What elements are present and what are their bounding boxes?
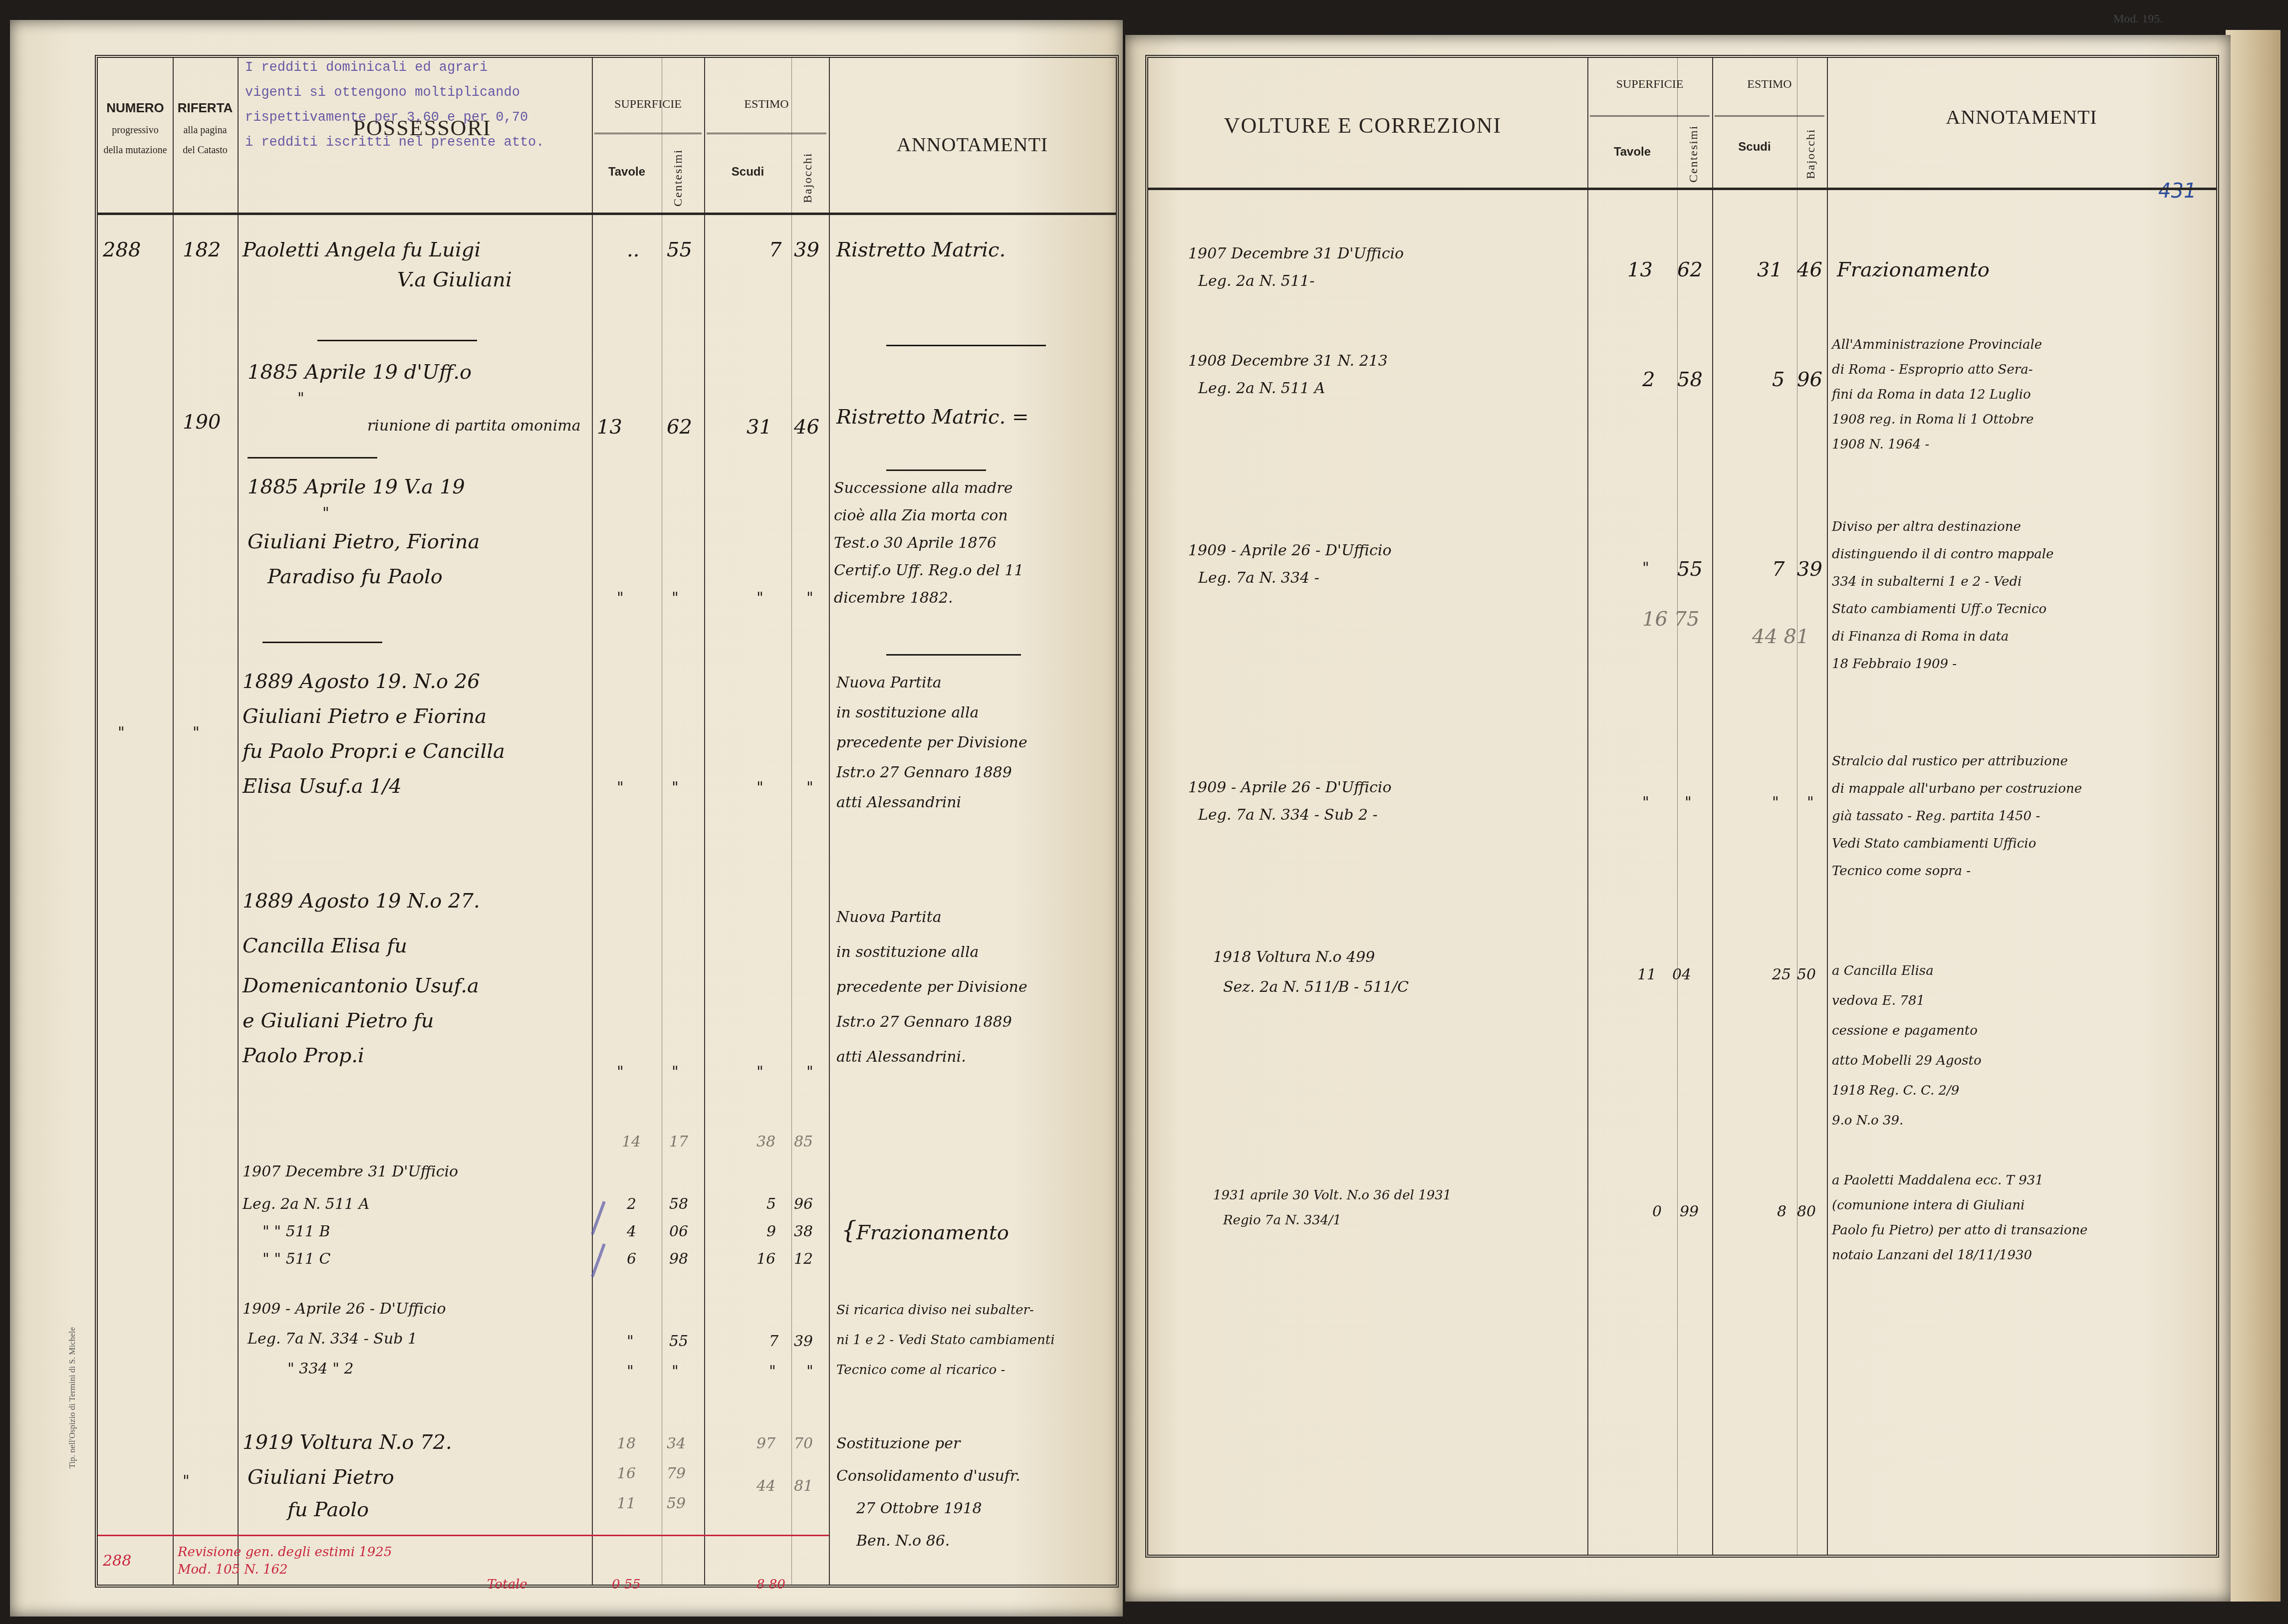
col-divider	[592, 58, 593, 1585]
header-riferta-sub: alla pagina del Catasto	[178, 120, 233, 160]
red-total-superficie: 0 55	[612, 1575, 641, 1595]
entry-annotamento: in sostituzione alla	[836, 701, 979, 724]
col-divider	[1712, 58, 1713, 1555]
voltura-line: 1908 Decembre 31 N. 213	[1188, 350, 1388, 373]
entry-annotamento: 9.o N.o 39.	[1832, 1111, 1903, 1131]
entry-possessore: Paoletti Angela fu Luigi	[243, 235, 481, 265]
entry-possessore: Domenicantonio Usuf.a	[243, 971, 479, 1001]
left-table-header: NUMERO progressivo della mutazione RIFER…	[98, 58, 1116, 215]
entry-tavole: 2	[1642, 365, 1655, 395]
entry-annotamento: Certif.o Uff. Reg.o del 11	[834, 559, 1023, 582]
entry-tavole: ..	[627, 235, 639, 265]
entry-centesimi: 62	[1677, 255, 1703, 285]
entry-riferta: "	[183, 1470, 190, 1493]
right-page: Mod. 195. 431 VOLTURE E CORREZIONI SUPER…	[1125, 35, 2231, 1602]
book-page-edges	[2226, 30, 2281, 1602]
entry-centesimi: 55	[1677, 554, 1703, 584]
entry-scudi: "	[769, 1360, 776, 1383]
entry-scudi: 9	[766, 1220, 776, 1243]
pencil-total: 17	[669, 1131, 688, 1154]
entry-possessore: " " 511 B	[262, 1220, 330, 1243]
entry-annotamento: atto Mobelli 29 Agosto	[1832, 1051, 1982, 1071]
entry-possessore: Giuliani Pietro	[248, 1462, 394, 1492]
voltura-line: Sez. 2a N. 511/B - 511/C	[1223, 976, 1409, 999]
blue-pencil-mark	[591, 1243, 606, 1277]
entry-centesimi: "	[1685, 791, 1692, 814]
voltura-line: 1907 Decembre 31 D'Ufficio	[1188, 242, 1404, 265]
entry-annotamento: dicembre 1882.	[834, 587, 953, 610]
left-table-frame: NUMERO progressivo della mutazione RIFER…	[95, 55, 1119, 1588]
entry-centesimi: 06	[669, 1220, 688, 1243]
entry-separator	[262, 642, 382, 643]
entry-centesimi: "	[672, 776, 679, 799]
entry-possessore: " 334 " 2	[287, 1358, 354, 1381]
voltura-line: Leg. 2a N. 511-	[1198, 270, 1314, 293]
pencil-total: 38	[757, 1131, 775, 1154]
right-table-header: VOLTURE E CORREZIONI SUPERFICIE Tavole C…	[1148, 58, 2216, 190]
entry-annotamento: cessione e pagamento	[1832, 1021, 1978, 1041]
entry-bajocchi: "	[806, 776, 813, 799]
entry-annotamento: Istr.o 27 Gennaro 1889	[836, 1011, 1012, 1034]
entry-ditto: "	[297, 387, 304, 410]
pencil-total: 85	[794, 1131, 813, 1154]
entry-tavole: 6	[627, 1248, 636, 1271]
header-superficie: SUPERFICIE	[592, 98, 704, 111]
pencil-value: 44 81	[1752, 622, 1809, 652]
entry-riferta: 190	[183, 407, 221, 437]
entry-annotamento: precedente per Divisione	[836, 976, 1027, 999]
entry-annotamento: Nuova Partita	[836, 906, 942, 929]
entry-separator	[886, 654, 1021, 656]
col-divider	[173, 58, 174, 1585]
entry-annotamento: di mappale all'urbano per costruzione	[1832, 779, 2082, 799]
entry-bajocchi: 96	[1797, 365, 1822, 395]
entry-bajocchi: 39	[794, 1330, 813, 1353]
entry-annotamento: Sostituzione per	[836, 1432, 960, 1455]
entry-centesimi: 55	[667, 235, 692, 265]
header-riferta: RIFERTA	[173, 100, 238, 116]
entry-scudi: 8	[1777, 1200, 1786, 1223]
red-total-label: Totale	[487, 1575, 527, 1595]
entry-annotamento: Frazionamento	[856, 1218, 1009, 1248]
voltura-line: 1931 aprile 30 Volt. N.o 36 del 1931	[1213, 1185, 1451, 1205]
entry-centesimi: 04	[1672, 963, 1691, 986]
entry-separator	[886, 469, 986, 471]
pencil-value: 16	[617, 1462, 636, 1485]
entry-possessore: Giuliani Pietro, Fiorina	[248, 527, 480, 557]
pencil-value: 97	[757, 1432, 775, 1455]
col-divider	[1587, 58, 1588, 1555]
pencil-value: 16 75	[1642, 604, 1700, 634]
entry-tavole: 11	[1637, 963, 1656, 986]
entry-annotamento: All'Amministrazione Provinciale	[1832, 335, 2042, 355]
entry-scudi: "	[757, 776, 763, 799]
entry-annotamento: precedente per Divisione	[836, 731, 1027, 754]
entry-annotamento: Ben. N.o 86.	[856, 1530, 950, 1553]
entry-annotamento: Test.o 30 Aprile 1876	[834, 532, 997, 555]
voltura-line: Leg. 2a N. 511 A	[1198, 377, 1325, 400]
entry-annotamento: atti Alessandrini.	[836, 1046, 966, 1069]
entry-possessore: Paolo Prop.i	[243, 1041, 364, 1071]
header-divider	[1590, 115, 1710, 117]
entry-tavole: "	[627, 1330, 634, 1353]
red-numero: 288	[103, 1550, 131, 1573]
pencil-value: 59	[667, 1492, 686, 1515]
entry-possessore: 1885 Aprile 19 V.a 19	[248, 472, 465, 502]
entry-bajocchi: 46	[1797, 255, 1822, 285]
printer-imprint: Tip. nell'Ospizio di Termini di S. Miche…	[67, 1327, 77, 1468]
entry-tavole: 0	[1652, 1200, 1662, 1223]
blue-pencil-mark	[591, 1201, 606, 1235]
entry-annotamento: Nuova Partita	[836, 672, 942, 695]
entry-scudi: 31	[747, 412, 772, 442]
entry-possessore: 1885 Aprile 19 d'Uff.o	[248, 357, 472, 387]
entry-bajocchi: 12	[794, 1248, 813, 1271]
header-estimo: ESTIMO	[1712, 78, 1827, 91]
header-scudi: Scudi	[704, 165, 791, 179]
stamp-line: vigenti si ottengono moltiplicando	[245, 80, 594, 105]
entry-bajocchi: 80	[1797, 1200, 1816, 1223]
header-bajocchi: Bajocchi	[801, 148, 815, 208]
pencil-value: 34	[667, 1432, 686, 1455]
entry-bajocchi: "	[806, 587, 813, 610]
entry-centesimi: 98	[669, 1248, 688, 1271]
entry-annotamento: fini da Roma in data 12 Luglio	[1832, 385, 2031, 405]
brace-icon: {	[841, 1215, 857, 1245]
entry-annotamento: Diviso per altra destinazione	[1832, 517, 2021, 537]
entry-possessore: 1909 - Aprile 26 - D'Ufficio	[243, 1298, 446, 1321]
entry-annotamento: Si ricarica diviso nei subalter-	[836, 1300, 1034, 1320]
entry-scudi: 25	[1772, 963, 1791, 986]
entry-possessore: V.a Giuliani	[397, 265, 512, 295]
header-centesimi: Centesimi	[672, 148, 685, 208]
header-possessori: POSSESSORI	[297, 115, 547, 141]
entry-annotamento: Istr.o 27 Gennaro 1889	[836, 761, 1012, 784]
entry-annotamento: Stato cambiamenti Uff.o Tecnico	[1832, 599, 2046, 619]
entry-scudi: 7	[769, 1330, 778, 1353]
entry-scudi: 5	[766, 1193, 776, 1216]
entry-scudi: "	[757, 1061, 763, 1084]
header-bajocchi: Bajocchi	[1804, 125, 1818, 183]
entry-scudi: "	[1772, 791, 1779, 814]
entry-annotamento: 18 Febbraio 1909 -	[1832, 654, 1957, 674]
pencil-total: 14	[622, 1131, 641, 1154]
entry-centesimi: 58	[669, 1193, 688, 1216]
header-volture: VOLTURE E CORREZIONI	[1188, 113, 1537, 138]
entry-centesimi: "	[672, 1061, 679, 1084]
pencil-value: 18	[617, 1432, 636, 1455]
pencil-value: 81	[794, 1475, 813, 1498]
entry-annotamento: Ristretto Matric. =	[836, 402, 1028, 432]
entry-possessore: Cancilla Elisa fu	[243, 931, 407, 961]
entry-possessore: 1919 Voltura N.o 72.	[243, 1427, 452, 1457]
right-table-frame: VOLTURE E CORREZIONI SUPERFICIE Tavole C…	[1145, 55, 2219, 1558]
red-note: Mod. 105 N. 162	[178, 1560, 288, 1580]
entry-numero: 288	[103, 235, 141, 265]
entry-separator	[248, 457, 377, 459]
entry-annotamento: 1918 Reg. C. C. 2/9	[1832, 1081, 1959, 1101]
stamp-line: I redditi dominicali ed agrari	[245, 55, 594, 80]
entry-centesimi: 58	[1677, 365, 1703, 395]
entry-centesimi: "	[672, 587, 679, 610]
col-divider	[662, 58, 662, 1585]
entry-annotamento: Tecnico come al ricarico -	[836, 1360, 1005, 1380]
entry-tavole: "	[617, 587, 624, 610]
entry-annotamento: 1908 N. 1964 -	[1832, 435, 1929, 455]
header-divider	[594, 133, 702, 134]
entry-bajocchi: 46	[794, 412, 819, 442]
entry-possessore: 1889 Agosto 19. N.o 26	[243, 667, 480, 696]
pencil-value: 44	[757, 1475, 775, 1498]
entry-possessore: Elisa Usuf.a 1/4	[243, 771, 402, 801]
entry-possessore: Giuliani Pietro e Fiorina	[243, 701, 487, 731]
voltura-line: 1918 Voltura N.o 499	[1213, 946, 1375, 969]
header-divider	[1715, 115, 1824, 117]
voltura-line: Leg. 7a N. 334 - Sub 2 -	[1198, 804, 1378, 827]
entry-bajocchi: 39	[1797, 554, 1822, 584]
col-divider	[829, 58, 830, 1585]
col-divider	[704, 58, 705, 1585]
entry-possessore: 1889 Agosto 19 N.o 27.	[243, 886, 480, 916]
entry-tavole: "	[1642, 791, 1649, 814]
entry-tavole: "	[617, 776, 624, 799]
entry-numero: "	[118, 721, 125, 744]
entry-annotamento: distinguendo il di contro mappale	[1832, 544, 2053, 564]
voltura-line: Leg. 7a N. 334 -	[1198, 567, 1319, 590]
entry-tavole: "	[1642, 557, 1649, 580]
entry-tavole: 2	[627, 1193, 636, 1216]
header-tavole: Tavole	[592, 165, 662, 179]
pencil-value: 70	[794, 1432, 813, 1455]
entry-tavole: 13	[1627, 255, 1653, 285]
entry-annotamento: Consolidamento d'usufr.	[836, 1465, 1020, 1488]
voltura-line: Regio 7a N. 334/1	[1223, 1210, 1341, 1230]
header-numero-sub: progressivo della mutazione	[103, 120, 168, 160]
header-estimo: ESTIMO	[704, 98, 829, 111]
entry-separator	[317, 340, 477, 341]
header-numero: NUMERO	[98, 100, 173, 116]
entry-annotamento: Tecnico come sopra -	[1832, 861, 1971, 881]
entry-possessore: Paradiso fu Paolo	[267, 562, 443, 592]
entry-scudi: 7	[769, 235, 781, 265]
entry-centesimi: 55	[669, 1330, 688, 1353]
voltura-line: 1909 - Aprile 26 - D'Ufficio	[1188, 539, 1392, 562]
entry-annotamento: Stralcio dal rustico per attribuzione	[1832, 751, 2068, 771]
header-superficie: SUPERFICIE	[1587, 78, 1712, 91]
entry-scudi: 7	[1772, 554, 1784, 584]
entry-bajocchi: "	[806, 1360, 813, 1383]
entry-annotamento: 27 Ottobre 1918	[856, 1497, 982, 1520]
entry-annotamento: ni 1 e 2 - Vedi Stato cambiamenti	[836, 1330, 1055, 1350]
entry-annotamento: Successione alla madre	[834, 477, 1013, 500]
header-annotamenti: ANNOTAMENTI	[829, 133, 1116, 156]
entry-annotamento: a Cancilla Elisa	[1832, 961, 1934, 981]
entry-possessore: Leg. 2a N. 511 A	[243, 1193, 369, 1216]
entry-tavole: "	[617, 1061, 624, 1084]
left-page: NUMERO progressivo della mutazione RIFER…	[10, 20, 1123, 1617]
red-note: Revisione gen. degli estimi 1925	[178, 1542, 392, 1562]
entry-bajocchi: 38	[794, 1220, 813, 1243]
entry-possessore: riunione di partita omonima	[367, 415, 581, 438]
col-divider	[238, 58, 239, 1585]
header-annotamenti: ANNOTAMENTI	[1827, 105, 2216, 129]
entry-annotamento: Ristretto Matric.	[836, 235, 1006, 265]
red-total-estimo: 8 80	[757, 1575, 785, 1595]
pencil-value: 11	[617, 1492, 636, 1515]
entry-possessore: fu Paolo Propr.i e Cancilla	[243, 736, 505, 766]
entry-ditto: "	[322, 502, 329, 525]
entry-annotamento: Paolo fu Pietro) per atto di transazione	[1832, 1220, 2088, 1240]
entry-annotamento: 334 in subalterni 1 e 2 - Vedi	[1832, 572, 2022, 592]
entry-possessore: " " 511 C	[262, 1248, 330, 1271]
entry-tavole: "	[627, 1360, 634, 1383]
entry-annotamento: atti Alessandrini	[836, 791, 961, 814]
entry-scudi: "	[757, 587, 763, 610]
header-tavole: Tavole	[1587, 145, 1677, 159]
header-divider	[707, 133, 826, 134]
entry-scudi: 31	[1757, 255, 1782, 285]
entry-bajocchi: "	[1807, 791, 1814, 814]
entry-annotamento: Frazionamento	[1837, 255, 1990, 285]
header-scudi: Scudi	[1712, 140, 1797, 154]
entry-riferta: 182	[183, 235, 221, 265]
form-label: Mod. 195.	[2113, 12, 2163, 26]
entry-annotamento: Vedi Stato cambiamenti Ufficio	[1832, 834, 2036, 854]
entry-annotamento: in sostituzione alla	[836, 941, 979, 964]
red-total-line	[98, 1535, 829, 1536]
entry-annotamento: vedova E. 781	[1832, 991, 1925, 1011]
pencil-value: 79	[667, 1462, 686, 1485]
entry-scudi: 5	[1772, 365, 1784, 395]
entry-annotamento: già tassato - Reg. partita 1450 -	[1832, 806, 2040, 826]
entry-possessore: 1907 Decembre 31 D'Ufficio	[243, 1160, 458, 1183]
entry-riferta: "	[193, 721, 200, 744]
entry-separator	[886, 345, 1046, 346]
entry-annotamento: 1908 reg. in Roma li 1 Ottobre	[1832, 410, 2034, 430]
entry-tavole: 13	[597, 412, 622, 442]
entry-bajocchi: "	[806, 1061, 813, 1084]
entry-possessore: Leg. 7a N. 334 - Sub 1	[248, 1328, 417, 1351]
entry-annotamento: di Finanza di Roma in data	[1832, 627, 2009, 647]
entry-centesimi: 62	[667, 412, 692, 442]
entry-annotamento: (comunione intera di Giuliani	[1832, 1195, 2025, 1215]
entry-bajocchi: 50	[1797, 963, 1816, 986]
entry-centesimi: 99	[1680, 1200, 1699, 1223]
voltura-line: 1909 - Aprile 26 - D'Ufficio	[1188, 776, 1392, 799]
entry-centesimi: "	[672, 1360, 679, 1383]
entry-annotamento: di Roma - Esproprio atto Sera-	[1832, 360, 2033, 380]
entry-annotamento: cioè alla Zia morta con	[834, 504, 1008, 527]
entry-possessore: e Giuliani Pietro fu	[243, 1006, 434, 1036]
entry-scudi: 16	[757, 1248, 775, 1271]
col-divider	[791, 58, 792, 1585]
entry-annotamento: a Paoletti Maddalena ecc. T 931	[1832, 1170, 2043, 1190]
entry-bajocchi: 96	[794, 1193, 813, 1216]
entry-tavole: 4	[627, 1220, 636, 1243]
entry-possessore: fu Paolo	[287, 1495, 369, 1525]
header-centesimi: Centesimi	[1687, 125, 1701, 183]
col-divider	[1827, 58, 1828, 1555]
entry-annotamento: notaio Lanzani del 18/11/1930	[1832, 1245, 2032, 1265]
entry-bajocchi: 39	[794, 235, 819, 265]
